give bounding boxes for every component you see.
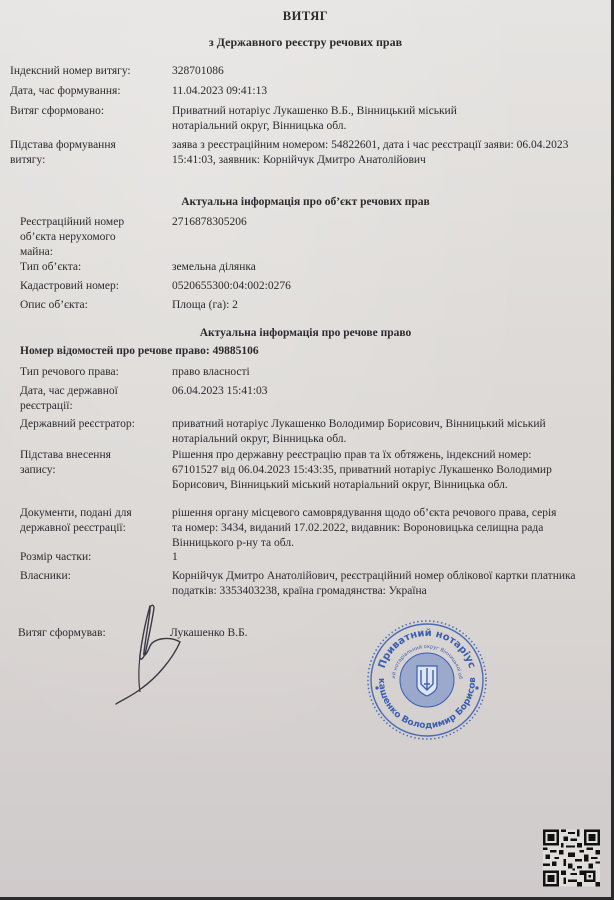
field-label: Опис об’єкта:: [20, 298, 155, 313]
field-label: Реєстраційний номер об’єкта нерухомого м…: [20, 215, 145, 260]
field-label: Підстава внесення запису:: [20, 448, 130, 478]
field-value: 1: [172, 550, 572, 565]
field-label: Витяг сформовано:: [10, 104, 160, 119]
field-label: Кадастровий номер:: [20, 279, 155, 294]
field-value: 06.04.2023 15:41:03: [172, 384, 572, 399]
qr-code-icon: [543, 828, 600, 888]
document-page: ВИТЯГ з Державного реєстру речових прав …: [0, 0, 611, 897]
field-value: 2716878305206: [172, 215, 592, 230]
field-value: Корнійчук Дмитро Анатолійович, реєстраці…: [172, 569, 577, 599]
field-label: Власники:: [20, 569, 160, 584]
document-subtitle: з Державного реєстру речових прав: [0, 35, 611, 50]
field-value: земельна ділянка: [172, 260, 592, 275]
field-value: 11.04.2023 09:41:13: [172, 84, 592, 99]
field-value: 328701086: [172, 64, 592, 79]
field-label: Документи, подані для державної реєстрац…: [20, 506, 155, 536]
field-value: заява з реєстраційним номером: 54822601,…: [172, 138, 572, 168]
record-number-line: Номер відомостей про речове право: 49885…: [20, 345, 259, 357]
field-label: Дата, час державної реєстрації:: [20, 384, 140, 414]
signature-label: Витяг сформував:: [18, 627, 106, 639]
field-value: Рішення про державну реєстрацію прав та …: [172, 448, 567, 493]
section-heading-right: Актуальна інформація про речове право: [0, 327, 611, 339]
signatory-name: Лукашенко В.Б.: [170, 627, 248, 639]
field-label: Державний реєстратор:: [20, 417, 160, 432]
section-heading-object: Актуальна інформація про об’єкт речових …: [0, 196, 611, 208]
document-title: ВИТЯГ: [0, 9, 611, 24]
field-value: Площа (га): 2: [172, 298, 592, 313]
field-label: Підстава формування витягу:: [10, 138, 135, 168]
field-value: право власності: [172, 365, 572, 380]
field-label: Тип речового права:: [20, 365, 160, 380]
field-label: Тип об’єкта:: [20, 260, 155, 275]
field-value: Приватний нотаріус Лукашенко В.Б., Вінни…: [172, 104, 517, 134]
field-label: Індексний номер витягу:: [10, 64, 160, 79]
notary-stamp-icon: Приватний нотаріус міський нотаріальний …: [365, 618, 490, 743]
field-value: 0520655300:04:002:0276: [172, 279, 592, 294]
field-value: приватний нотаріус Лукашенко Володимир Б…: [172, 417, 567, 447]
field-label: Розмір частки:: [20, 550, 160, 565]
field-label: Дата, час формування:: [10, 84, 160, 99]
field-value: рішення органу місцевого самоврядування …: [172, 506, 562, 551]
handwritten-signature-icon: [110, 600, 190, 705]
